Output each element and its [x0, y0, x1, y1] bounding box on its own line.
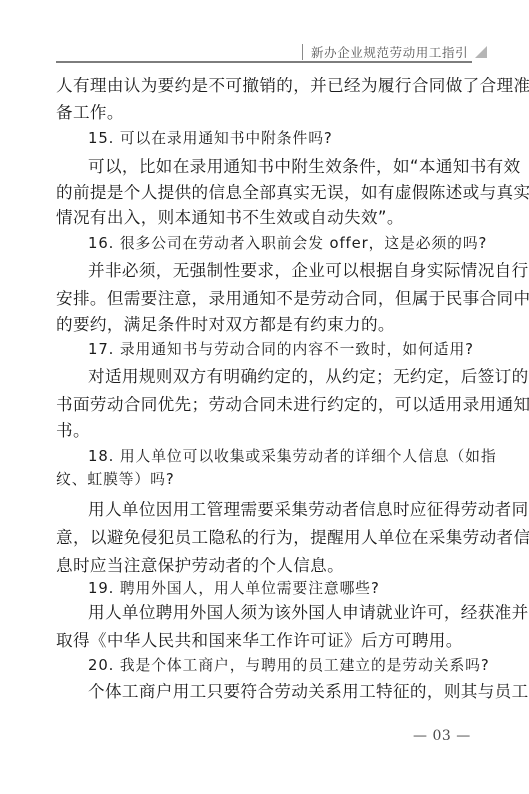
body-line: 意，以避免侵犯员工隐私的行为，提醒用人单位在采集劳动者信 — [56, 528, 529, 548]
question-heading: 18. 用人单位可以收集或采集劳动者的详细个人信息（如指 — [88, 447, 497, 467]
body-line: 书面劳动合同优先；劳动合同未进行约定的，可以适用录用通知 — [56, 395, 529, 415]
body-line: 息时应当注意保护劳动者的个人信息。 — [56, 556, 344, 576]
body-line: 个体工商户用工只要符合劳动关系用工特征的，则其与员工 — [88, 682, 529, 702]
header-rule — [56, 61, 472, 63]
body-line: 可以，比如在录用通知书中附生效条件，如“本通知书有效 — [88, 157, 521, 177]
question-heading: 20. 我是个体工商户，与聘用的员工建立的是劳动关系吗? — [88, 656, 490, 676]
body-line: 用人单位聘用外国人须为该外国人申请就业许可，经获准并 — [88, 603, 529, 623]
body-line: 人有理由认为要约是不可撤销的，并已经为履行合同做了合理准 — [56, 76, 529, 96]
body-line: 备工作。 — [56, 103, 124, 123]
body-line: 并非必须，无强制性要求，企业可以根据自身实际情况自行 — [88, 261, 529, 281]
body-line: 安排。但需要注意，录用通知不是劳动合同，但属于民事合同中 — [56, 289, 529, 309]
question-heading: 17. 录用通知书与劳动合同的内容不一致时，如何适用? — [88, 340, 474, 360]
body-line: 对适用规则双方有明确约定的，从约定；无约定，后签订的 — [88, 367, 529, 387]
question-heading: 16. 很多公司在劳动者入职前会发 offer，这是必须的吗? — [88, 234, 487, 254]
question-heading-continued: 纹、虹膜等）吗? — [56, 470, 175, 490]
body-line: 用人单位因用工管理需要采集劳动者信息时应征得劳动者同 — [88, 500, 529, 520]
running-header-title: 新办企业规范劳动用工指引 — [311, 43, 468, 61]
running-header: 新办企业规范劳动用工指引 — [302, 43, 487, 61]
question-heading: 15. 可以在录用通知书中附条件吗? — [88, 129, 333, 149]
body-line: 的要约，满足条件时对双方都是有约束力的。 — [56, 315, 395, 335]
header-separator — [302, 44, 303, 60]
book-page: 新办企业规范劳动用工指引 人有理由认为要约是不可撤销的，并已经为履行合同做了合理… — [0, 0, 529, 794]
body-line: 情况有出入，则本通知书不生效或自动失效”。 — [56, 208, 404, 228]
triangle-corner-icon — [475, 46, 487, 58]
body-line: 的前提是个人提供的信息全部真实无误，如有虚假陈述或与真实 — [56, 183, 529, 203]
page-number: — 03 — — [413, 728, 471, 744]
body-line: 书。 — [56, 421, 90, 441]
question-heading: 19. 聘用外国人，用人单位需要注意哪些? — [88, 579, 380, 599]
body-line: 取得《中华人民共和国来华工作许可证》后方可聘用。 — [56, 631, 463, 651]
